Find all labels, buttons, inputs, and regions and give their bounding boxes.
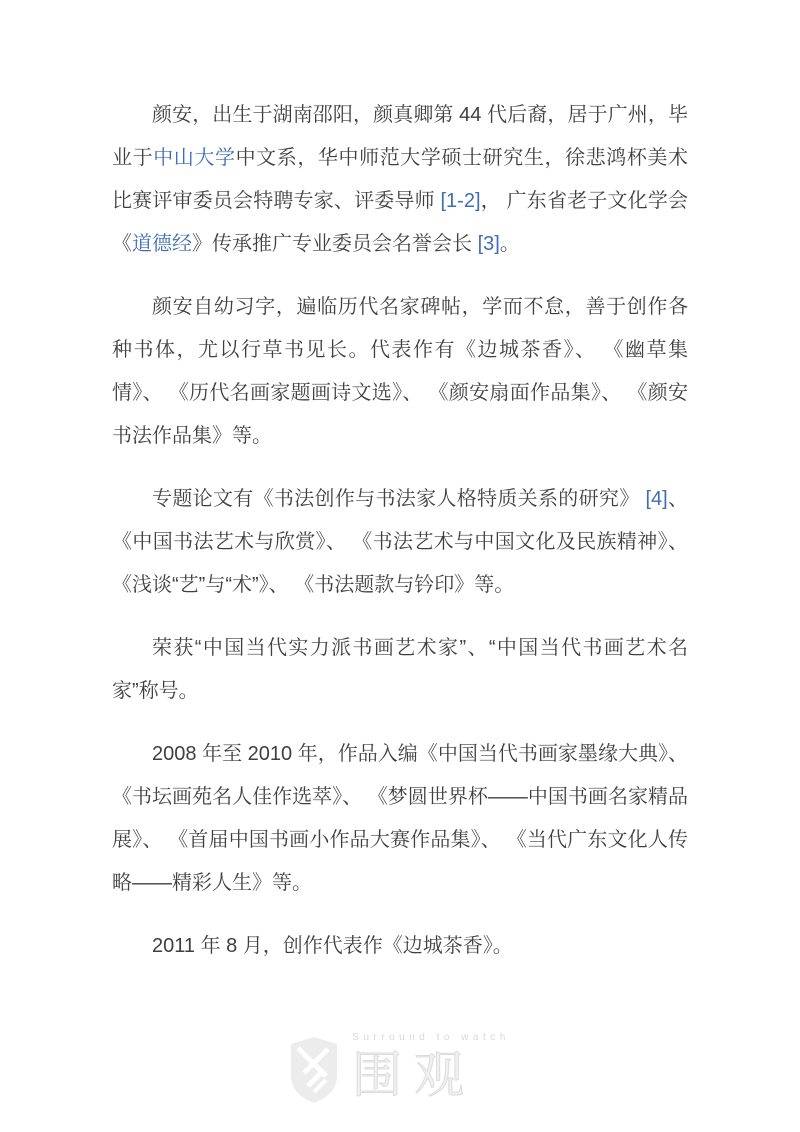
text-run: 2008 年至 2010 年，作品入编《中国当代书画家墨缘大典》、《书坛画苑名人…	[112, 743, 688, 894]
para-honors: 荣获“中国当代实力派书画艺术家”、“中国当代书画艺术名家”称号。	[112, 627, 688, 713]
reference-link[interactable]: [3]	[478, 233, 500, 255]
entry-link[interactable]: 中山大学	[153, 147, 235, 169]
text-run: 2011 年 8 月，创作代表作《边城茶香》。	[152, 935, 513, 957]
text-run: 颜安自幼习字，遍临历代名家碑帖，学而不怠，善于创作各种书体，尤以行草书见长。代表…	[112, 296, 688, 447]
watermark: Surround to watch 围观	[0, 1030, 800, 1104]
brand-shield-icon	[290, 1036, 338, 1104]
article-body: 颜安，出生于湖南邵阳，颜真卿第 44 代后裔，居于广州，毕业于中山大学中文系，华…	[0, 0, 800, 988]
para-biography-intro: 颜安，出生于湖南邵阳，颜真卿第 44 代后裔，居于广州，毕业于中山大学中文系，华…	[112, 94, 688, 266]
entry-link[interactable]: 道德经	[132, 233, 192, 255]
para-calligraphy-works: 颜安自幼习字，遍临历代名家碑帖，学而不怠，善于创作各种书体，尤以行草书见长。代表…	[112, 286, 688, 458]
para-2011-work: 2011 年 8 月，创作代表作《边城茶香》。	[112, 925, 688, 968]
para-anthologies: 2008 年至 2010 年，作品入编《中国当代书画家墨缘大典》、《书坛画苑名人…	[112, 733, 688, 905]
text-run: 。	[500, 233, 520, 255]
watermark-logo-text: 围观	[352, 1046, 510, 1104]
watermark-tagline: Surround to watch	[352, 1030, 510, 1046]
para-thesis-works: 专题论文有《书法创作与书法家人格特质关系的研究》 [4]、《中国书法艺术与欣赏》…	[112, 478, 688, 607]
document-page: 颜安，出生于湖南邵阳，颜真卿第 44 代后裔，居于广州，毕业于中山大学中文系，华…	[0, 0, 800, 1132]
text-run: 专题论文有《书法创作与书法家人格特质关系的研究》	[152, 488, 645, 510]
reference-link[interactable]: [4]	[645, 488, 667, 510]
text-run: 》传承推广专业委员会名誉会长	[192, 233, 478, 255]
reference-link[interactable]: [1-2]	[441, 190, 481, 212]
watermark-text-block: Surround to watch 围观	[352, 1030, 510, 1104]
text-run: 荣获“中国当代实力派书画艺术家”、“中国当代书画艺术名家”称号。	[112, 637, 688, 702]
